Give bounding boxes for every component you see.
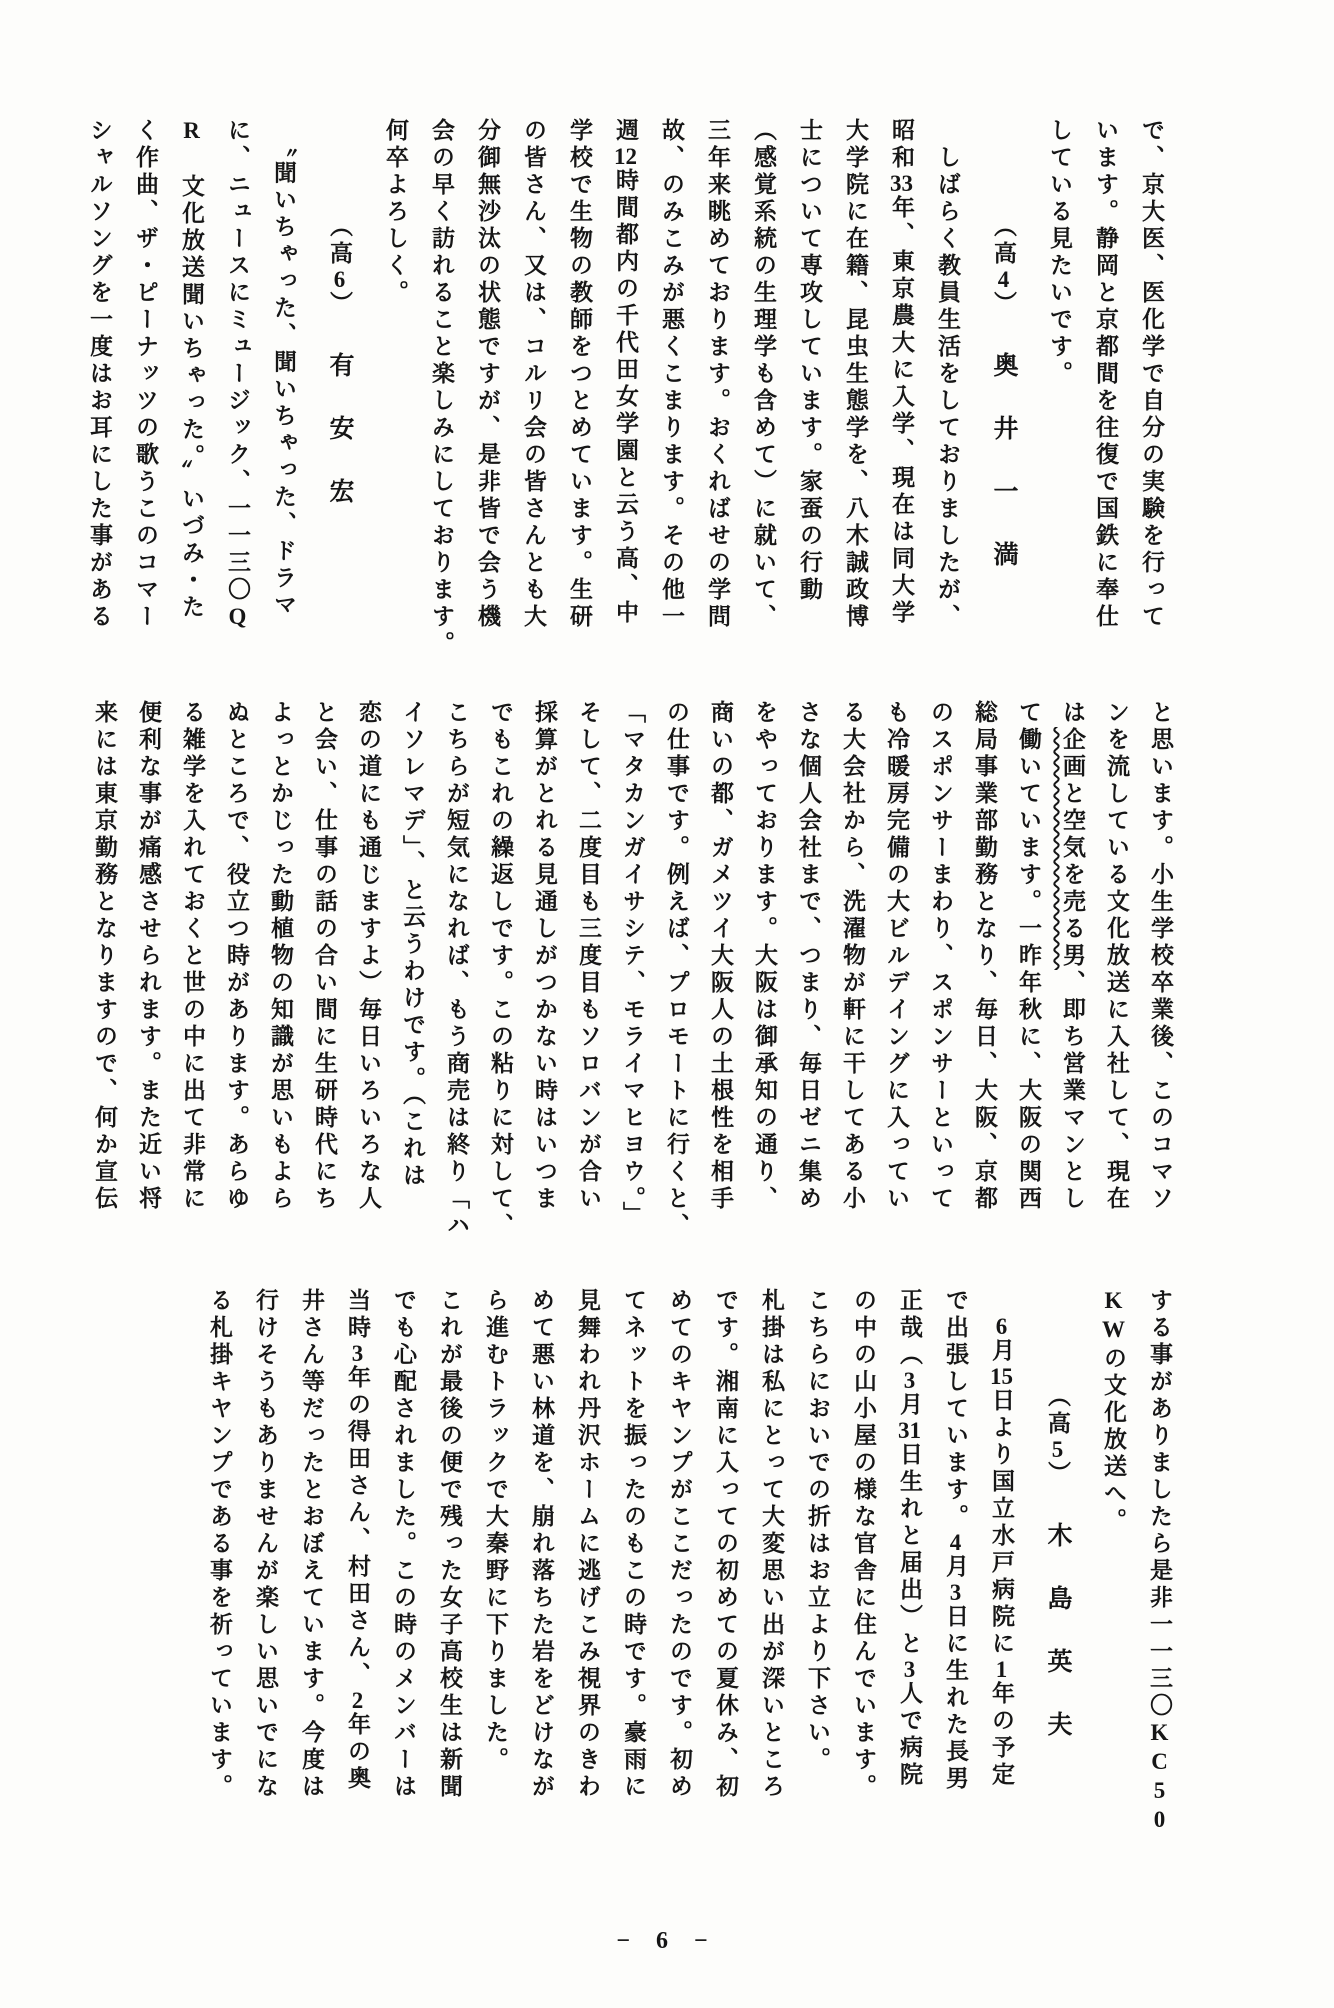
heading-name: 木島英夫 xyxy=(1044,1522,1071,1774)
text-column: しばらく教員生活をしておりましたが、 xyxy=(924,118,970,666)
tatechuyoko-number: 6 xyxy=(327,268,352,291)
text-column: する事がありましたら是非一一三〇KC50 xyxy=(1136,1288,1182,1860)
text-column: 札掛は私にとって大変思い出が深いところ xyxy=(748,1288,794,1860)
text-column: めてのキヤンプがここだったのです。初め xyxy=(656,1288,702,1860)
heading-name: 有安宏 xyxy=(326,352,353,541)
text-column: KWの文化放送へ。 xyxy=(1090,1288,1136,1860)
text-column: 士について専攻しています。家蚕の行動 xyxy=(786,118,832,666)
text-column: の皆さん、又は、コルリ会の皆さんとも大 xyxy=(510,118,556,666)
text-column: 総局事業部勤務となり、毎日、大阪、京都 xyxy=(962,700,1006,1272)
text-column: でもこれの繰返しです。この粘りに対して、 xyxy=(478,700,522,1272)
text-column: に、ニュースにミュージック、一一三〇Q xyxy=(214,118,260,666)
text-column: で出張しています。4月3日に生れた長男 xyxy=(932,1288,978,1860)
text-column: ぬところで、役立つ時があります。あらゆ xyxy=(214,700,258,1272)
text-column: こちらが短気になれば、もう商売は終り「ハ xyxy=(434,700,478,1272)
text-column: 〝聞いちゃった、聞いちゃった、ドラマ xyxy=(260,118,306,666)
text-column: 恋の道にも通じますよ）毎日いろいろな人 xyxy=(346,700,390,1272)
text-column: をやっております。大阪は御承知の通り、 xyxy=(742,700,786,1272)
text-column: 週12時間都内の千代田女学園と云う高、中 xyxy=(602,118,648,666)
text-column: です。湘南に入っての初めての夏休み、初 xyxy=(702,1288,748,1860)
text-column: と思います。小生学校卒業後、このコマソ xyxy=(1138,700,1182,1272)
text-column: てネットを振ったのもこの時です。豪雨に xyxy=(610,1288,656,1860)
text-column: 6月15日より国立水戸病院に1年の予定 xyxy=(978,1288,1024,1860)
heading-class-label: （高5） xyxy=(1045,1384,1070,1488)
band-middle: と思います。小生学校卒業後、このコマソンを流している文化放送に入社して、現在は企… xyxy=(82,700,1182,1272)
text-column: 学校で生物の教師をつとめています。生研 xyxy=(556,118,602,666)
text-column: の中の山小屋の様な官舎に住んでいます。 xyxy=(840,1288,886,1860)
tatechuyoko-number: 6 xyxy=(989,1315,1014,1338)
text-column: よっとかじった動植物の知識が思いもよら xyxy=(258,700,302,1272)
text-column: 「マタカンガイサシテ、モライマヒヨウ。」 xyxy=(610,700,654,1272)
upright-latin: R xyxy=(179,118,204,147)
text-column: 分御無沙汰の状態ですが、是非皆で会う機 xyxy=(464,118,510,666)
text-column: シャルソングを一度はお耳にした事がある xyxy=(76,118,122,666)
tatechuyoko-number: 4 xyxy=(991,268,1016,291)
text-column: 見舞われ丹沢ホームに逃げこみ視界のきわ xyxy=(564,1288,610,1860)
tatechuyoko-number: 3 xyxy=(345,1342,370,1365)
text-column: 何卒よろしく。 xyxy=(372,118,418,666)
upright-latin: KC50 xyxy=(1147,1720,1172,1836)
tatechuyoko-number: 3 xyxy=(897,1658,922,1681)
band-bottom: する事がありましたら是非一一三〇KC50KWの文化放送へ。（高5）木島英夫 6月… xyxy=(196,1288,1182,1860)
upright-latin: KW xyxy=(1101,1288,1126,1346)
text-column: 昭和33年、東京農大に入学、現在は同大学 xyxy=(878,118,924,666)
text-column: でも心配されました。この時のメンバーは xyxy=(380,1288,426,1860)
text-column: イソレマデ」、と云うわけです。（これは xyxy=(390,700,434,1272)
text-column: る大会社から、洗濯物が軒に干してある小 xyxy=(830,700,874,1272)
text-column: ンを流している文化放送に入社して、現在 xyxy=(1094,700,1138,1272)
text-column: て働いています。一昨年秋に、大阪の関西 xyxy=(1006,700,1050,1272)
text-column: も冷暖房完備の大ビルデイングに入ってい xyxy=(874,700,918,1272)
text-column: そして、二度目も三度目もソロバンが合い xyxy=(566,700,610,1272)
text-column: は企画と空気を売る男、即ち営業マンとし xyxy=(1050,700,1094,1272)
scanned-page: で、京大医、医化学で自分の実験を行っています。静岡と京都間を往復で国鉄に奉仕して… xyxy=(0,0,1334,2008)
section-heading: （高5）木島英夫 xyxy=(1034,1288,1080,1860)
upright-latin: Q xyxy=(225,604,250,633)
tatechuyoko-number: 2 xyxy=(345,1689,370,1712)
tatechuyoko-number: 15 xyxy=(989,1365,1014,1388)
tatechuyoko-number: 3 xyxy=(943,1581,968,1604)
text-column: 採算がとれる見通しがつかない時はいつま xyxy=(522,700,566,1272)
page-number: − 6 − xyxy=(0,1928,1334,1955)
text-column: 井さん等だったとおぼえています。今度は xyxy=(288,1288,334,1860)
text-column: （感覚系統の生理学も含めて）に就いて、 xyxy=(740,118,786,666)
text-column: 会の早く訪れること楽しみにしております。 xyxy=(418,118,464,666)
heading-name: 奥井一満 xyxy=(990,352,1017,604)
text-column: る札掛キヤンプである事を祈っています。 xyxy=(196,1288,242,1860)
tatechuyoko-number: 33 xyxy=(889,172,914,195)
section-heading: （高6）有安宏 xyxy=(316,118,362,666)
text-column: く作曲、ザ・ピーナッツの歌うこのコマー xyxy=(122,118,168,666)
text-column: 来には東京勤務となりますので、何か宣伝 xyxy=(82,700,126,1272)
text-column: で、京大医、医化学で自分の実験を行って xyxy=(1128,118,1174,666)
heading-class-label: （高4） xyxy=(991,214,1016,318)
text-column: と会い、仕事の話の合い間に生研時代にち xyxy=(302,700,346,1272)
text-column: している見たいです。 xyxy=(1036,118,1082,666)
text-column: 便利な事が痛感させられます。また近い将 xyxy=(126,700,170,1272)
emphasized-text: 企画と空気を売る男 xyxy=(1060,727,1085,970)
tatechuyoko-number: 1 xyxy=(989,1658,1014,1681)
tatechuyoko-number: 4 xyxy=(943,1531,968,1554)
tatechuyoko-number: 3 xyxy=(897,1369,922,1392)
text-column: これが最後の便で残った女子高校生は新聞 xyxy=(426,1288,472,1860)
text-column: 当時3年の得田さん、村田さん、2年の奥 xyxy=(334,1288,380,1860)
text-column: のスポンサーまわり、スポンサーといって xyxy=(918,700,962,1272)
text-column: 故、のみこみが悪くこまります。その他一 xyxy=(648,118,694,666)
section-heading: （高4）奥井一満 xyxy=(980,118,1026,666)
text-column: 正哉（3月31日生れと届出）と3人で病院 xyxy=(886,1288,932,1860)
text-column: る雑学を入れておくと世の中に出て非常に xyxy=(170,700,214,1272)
text-column: R 文化放送聞いちゃった。〟いづみ・た xyxy=(168,118,214,666)
tatechuyoko-number: 12 xyxy=(613,145,638,168)
text-column: めて悪い林道を、崩れ落ちた岩をどけなが xyxy=(518,1288,564,1860)
tatechuyoko-number: 31 xyxy=(897,1419,922,1442)
text-column: います。静岡と京都間を往復で国鉄に奉仕 xyxy=(1082,118,1128,666)
text-column: 商いの都、ガメツイ大阪人の土根性を相手 xyxy=(698,700,742,1272)
band-top: で、京大医、医化学で自分の実験を行っています。静岡と京都間を往復で国鉄に奉仕して… xyxy=(76,118,1174,666)
text-column: こちらにおいでの折はお立より下さい。 xyxy=(794,1288,840,1860)
text-column: の仕事です。例えば、プロモートに行くと、 xyxy=(654,700,698,1272)
tatechuyoko-number: 5 xyxy=(1045,1438,1070,1461)
text-column: さな個人会社まで、つまり、毎日ゼニ集め xyxy=(786,700,830,1272)
heading-class-label: （高6） xyxy=(327,214,352,318)
text-column: 行けそうもありませんが楽しい思いでにな xyxy=(242,1288,288,1860)
text-column: 大学院に在籍、昆虫生態学を、八木誠政博 xyxy=(832,118,878,666)
text-column: 三年来眺めております。おくればせの学問 xyxy=(694,118,740,666)
text-column: ら進むトラックで大秦野に下りました。 xyxy=(472,1288,518,1860)
